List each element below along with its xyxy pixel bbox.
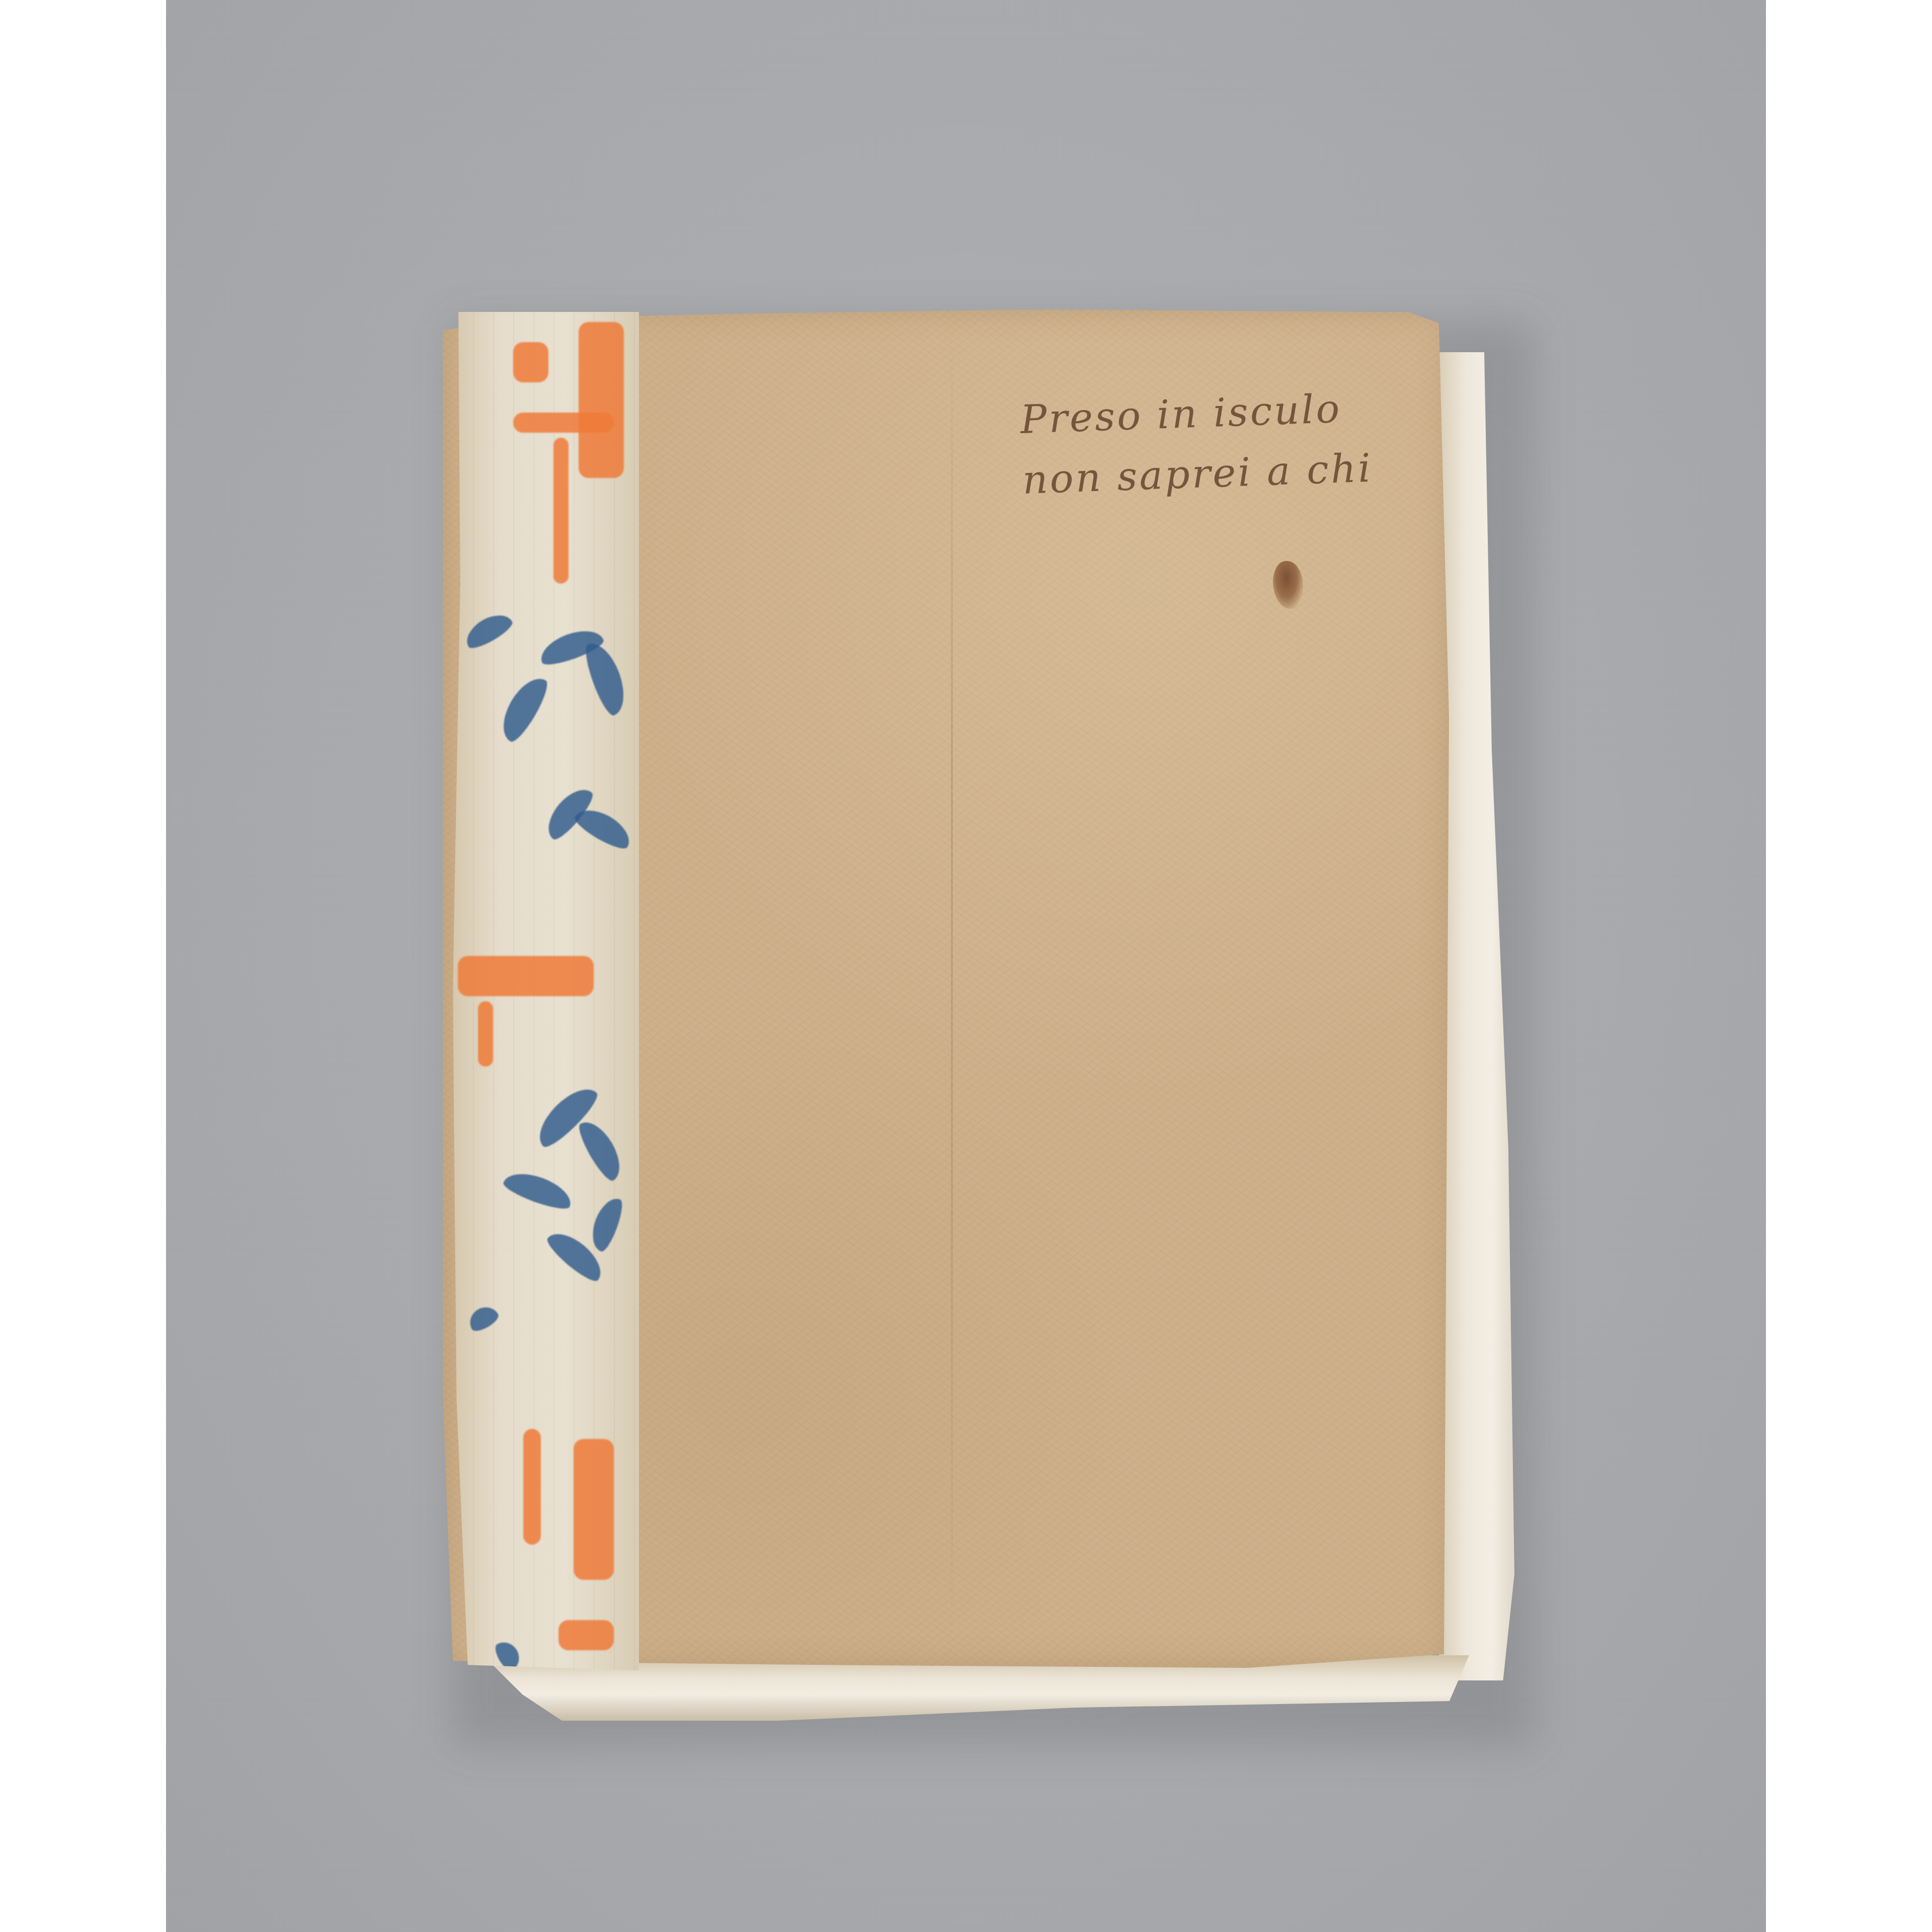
orange-mark bbox=[523, 1429, 541, 1545]
orange-mark bbox=[579, 322, 624, 478]
orange-mark bbox=[513, 413, 614, 433]
orange-mark bbox=[458, 956, 594, 996]
blue-leaf-motif bbox=[492, 1637, 525, 1670]
cover-fold-crease bbox=[951, 322, 953, 1660]
orange-mark bbox=[513, 342, 548, 382]
blue-leaf-motif bbox=[494, 671, 553, 746]
blue-leaf-motif bbox=[586, 1194, 626, 1254]
blue-leaf-motif bbox=[574, 1115, 628, 1184]
blue-leaf-motif bbox=[501, 1166, 576, 1214]
orange-mark bbox=[553, 438, 569, 584]
blue-leaf-motif bbox=[581, 638, 632, 718]
orange-mark bbox=[478, 1001, 493, 1067]
orange-mark bbox=[574, 1439, 614, 1580]
spine-repair-strip: (festo) Mastigofori, Mas- stigofori) arm… bbox=[453, 312, 639, 1670]
blue-leaf-motif bbox=[460, 608, 515, 653]
orange-mark bbox=[558, 1620, 614, 1650]
handwritten-inscription: Preso in isculo non saprei a chi bbox=[1019, 375, 1456, 511]
blue-leaf-motif bbox=[465, 1302, 501, 1335]
